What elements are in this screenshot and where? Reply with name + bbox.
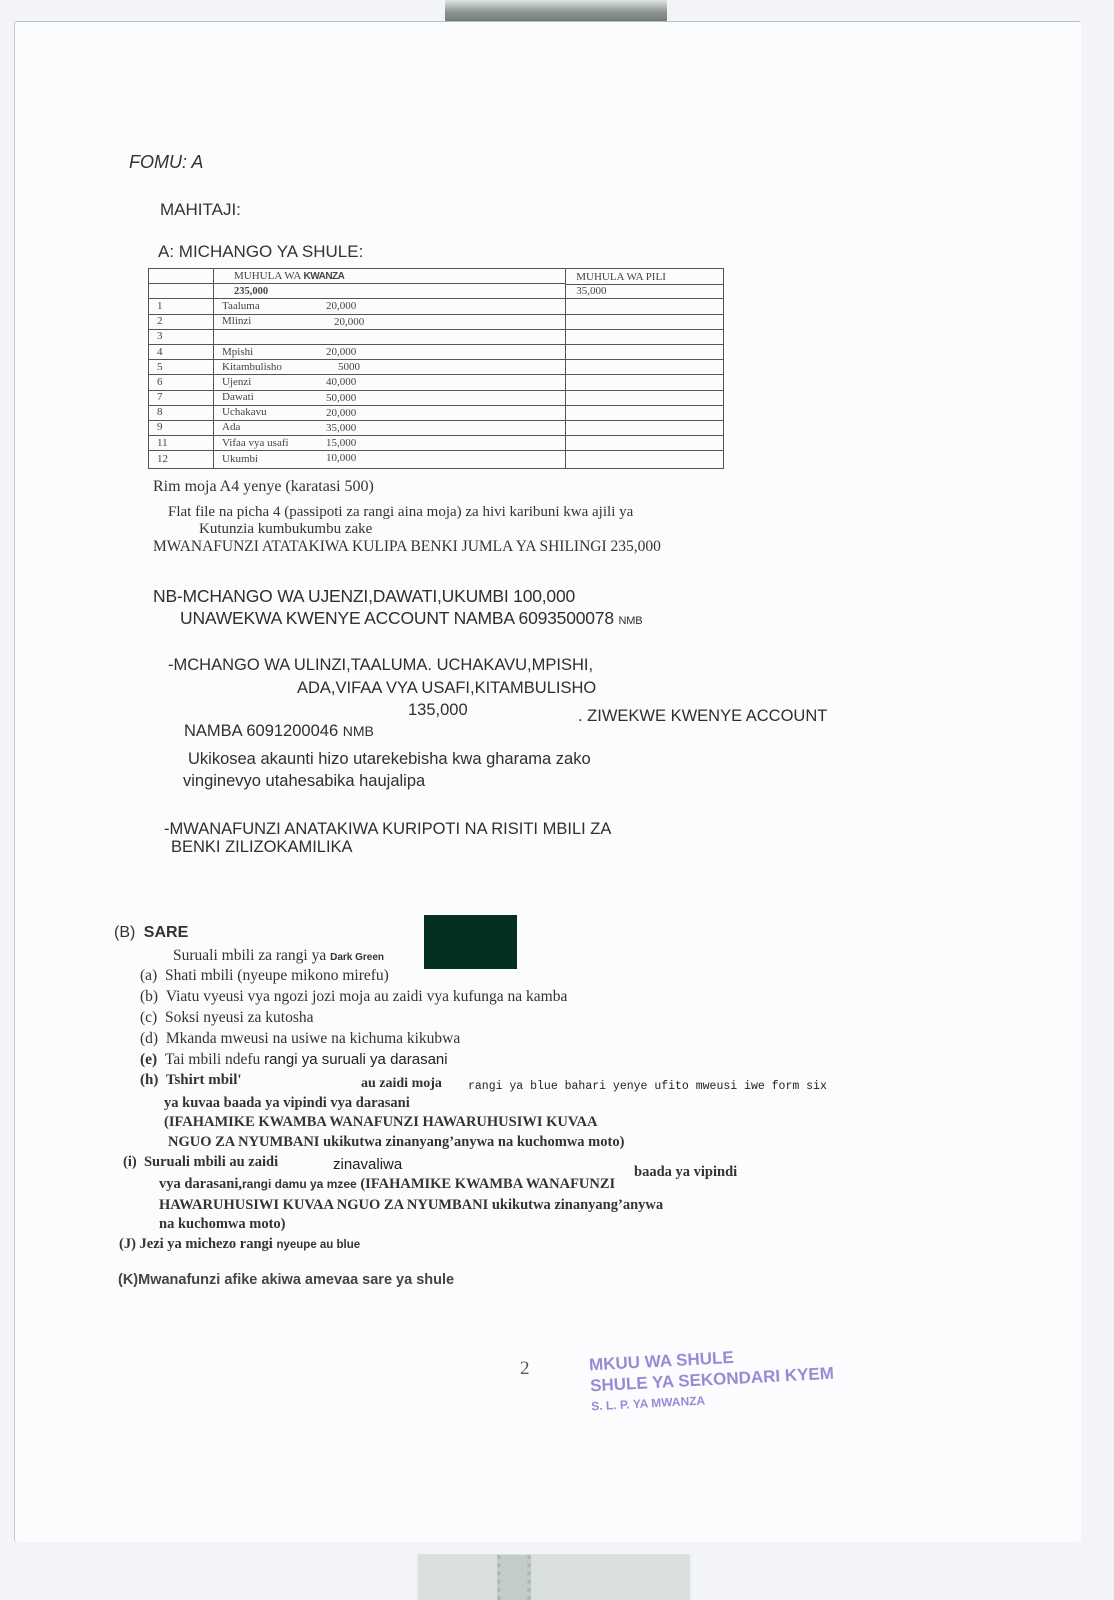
fees-table: MUHULA WA KWANZA MUHULA WA PILI 35,000 2… xyxy=(148,268,724,469)
section-b-label: (B) xyxy=(114,924,135,941)
list-item-k: (K)Mwanafunzi afike akiwa amevaa sare ya… xyxy=(118,1272,454,1288)
item-key: (d) xyxy=(140,1030,158,1047)
item-text: Suruali mbili au zaidi xyxy=(144,1154,278,1170)
total-payment-note: MWANAFUNZI ATATAKIWA KULIPA BENKI JUMLA … xyxy=(153,538,661,556)
row-number: 2 xyxy=(149,314,214,329)
item-text: Tshirt mbil' xyxy=(166,1072,242,1088)
row-number: 3 xyxy=(149,329,214,344)
bank-name-2: NMB xyxy=(343,723,374,739)
account-number-2: NAMBA 6091200046 xyxy=(184,722,338,740)
account-warning-2: vinginevyo utahesabika haujalipa xyxy=(183,772,425,791)
table-row: 6Ujenzi40,000 xyxy=(149,375,724,390)
row-number: 8 xyxy=(149,405,214,420)
fee-amount: 50,000 xyxy=(326,392,356,405)
term2-total: 35,000 xyxy=(574,285,723,298)
fee-amount: 20,000 xyxy=(326,300,356,313)
item-text: vya darasani, xyxy=(159,1176,242,1192)
section-a-heading: A: MICHANGO YA SHULE: xyxy=(158,242,363,262)
table-row: 2Mlinzi20,000 xyxy=(149,314,724,329)
dark-green-swatch xyxy=(424,915,517,969)
tshirt-line-4: NGUO ZA NYUMBANI ukikutwa zinanyang’anyw… xyxy=(168,1134,624,1151)
item-text: (IFAHAMIKE KWAMBA WANAFUNZI xyxy=(357,1176,615,1192)
fee-item: Uchakavu xyxy=(222,406,267,418)
item-key: (e) xyxy=(140,1051,157,1068)
fee-item: Dawati xyxy=(222,391,254,403)
table-row: 1Taaluma20,000 xyxy=(149,299,724,314)
item-text: (J) Jezi ya michezo rangi xyxy=(119,1236,276,1252)
nb-account-line-2: NAMBA 6091200046 NMB xyxy=(184,722,374,741)
list-item-i: (i) Suruali mbili au zaidi xyxy=(123,1154,278,1171)
table-row: 12Ukumbi10,000 xyxy=(149,451,724,469)
fee-amount: 40,000 xyxy=(326,376,356,389)
trousers-line-3: HAWARUHUSIWI KUVAA NGUO ZA NYUMBANI ukik… xyxy=(159,1197,663,1214)
jersey-color: nyeupe au blue xyxy=(276,1239,360,1251)
list-item-e: (e) Tai mbili ndefu rangi ya suruali ya … xyxy=(140,1051,448,1069)
fee-item: Mlinzi xyxy=(222,315,251,327)
table-row: 11Vifaa vya usafi15,000 xyxy=(149,436,724,451)
term2-header: MUHULA WA PILI xyxy=(566,271,723,285)
trousers-worn: zinavaliwa xyxy=(333,1156,402,1173)
form-label: FOMU: A xyxy=(129,152,203,173)
tshirt-line-2: ya kuvaa baada ya vipindi vya darasani xyxy=(164,1095,410,1112)
trousers-line-4: na kuchomwa moto) xyxy=(159,1216,285,1233)
flat-file-note: Flat file na picha 4 (passipoti za rangi… xyxy=(168,504,633,521)
fee-amount: 20,000 xyxy=(334,316,364,329)
fee-amount: 10,000 xyxy=(326,452,356,465)
table-header-row: MUHULA WA KWANZA MUHULA WA PILI 35,000 xyxy=(149,269,724,284)
table-row: 7Dawati50,000 xyxy=(149,390,724,405)
fee-amount: 20,000 xyxy=(326,407,356,420)
table-row: 4Mpishi20,000 xyxy=(149,344,724,359)
account-number-1: UNAWEKWA KWENYE ACCOUNT NAMBA 6093500078 xyxy=(180,608,614,628)
row-number: 11 xyxy=(149,436,214,451)
row-number: 12 xyxy=(149,451,214,469)
fee-item: Kitambulisho xyxy=(222,361,282,373)
list-item-j: (J) Jezi ya michezo rangi nyeupe au blue xyxy=(119,1236,360,1253)
account-warning-1: Ukikosea akaunti hizo utarekebisha kwa g… xyxy=(188,750,591,769)
bank-name-1: NMB xyxy=(619,615,643,627)
item-text: Tai mbili ndefu xyxy=(165,1051,264,1068)
fee-item: Vifaa vya usafi xyxy=(222,437,289,449)
receipts-note-1: -MWANAFUNZI ANATAKIWA KURIPOTI NA RISITI… xyxy=(164,820,611,839)
fee-amount: 15,000 xyxy=(326,437,356,450)
fee-amount: 20,000 xyxy=(326,346,356,359)
school-stamp: MKUU WA SHULE SHULE YA SEKONDARI KYEM S.… xyxy=(589,1342,836,1418)
item-key: (b) xyxy=(140,988,158,1005)
row-number: 9 xyxy=(149,420,214,435)
nb-contribution-line: -MCHANGO WA ULINZI,TAALUMA. UCHAKAVU,MPI… xyxy=(168,656,593,675)
nb-construction-line: NB-MCHANGO WA UJENZI,DAWATI,UKUMBI 100,0… xyxy=(153,586,575,607)
table-row: 5Kitambulisho5000 xyxy=(149,360,724,375)
item-text: Viatu vyeusi vya ngozi jozi moja au zaid… xyxy=(166,988,568,1005)
tshirt-qty: au zaidi moja xyxy=(361,1076,442,1092)
ream-paper-note: Rim moja A4 yenye (karatasi 500) xyxy=(153,478,374,496)
item-key: (a) xyxy=(140,967,157,984)
fee-item: Mpishi xyxy=(222,346,253,358)
item-key: (c) xyxy=(140,1009,157,1026)
trousers-color-2: rangi damu ya mzee xyxy=(242,1177,357,1191)
fee-item: Ukumbi xyxy=(222,453,258,465)
after-classes: baada ya vipindi xyxy=(634,1164,737,1181)
fee-item: Ada xyxy=(222,421,240,433)
item-key: (h) xyxy=(140,1072,158,1088)
trousers-color: Dark Green xyxy=(330,952,384,963)
nb-account-line: UNAWEKWA KWENYE ACCOUNT NAMBA 6093500078… xyxy=(180,608,642,629)
trousers-line: Suruali mbili za rangi ya Dark Green xyxy=(173,947,384,965)
requirements-heading: MAHITAJI: xyxy=(160,200,241,220)
section-b-title: SARE xyxy=(144,924,188,941)
list-item: (d) Mkanda mweusi na usiwe na kichuma ki… xyxy=(140,1030,460,1048)
fee-amount: 35,000 xyxy=(326,422,356,435)
tshirt-line-3: (IFAHAMIKE KWAMBA WANAFUNZI HAWARUHUSIWI… xyxy=(164,1114,597,1131)
trousers-text: Suruali mbili za rangi ya xyxy=(173,947,326,964)
table-row: 8Uchakavu20,000 xyxy=(149,405,724,420)
tie-color: rangi ya suruali ya darasani xyxy=(264,1051,447,1068)
film-strip-icon xyxy=(497,1555,531,1600)
fee-amount: 5000 xyxy=(338,361,360,374)
nb-contribution-account: . ZIWEKWE KWENYE ACCOUNT xyxy=(578,707,827,726)
tshirt-color: rangi ya blue bahari yenye ufito mweusi … xyxy=(468,1080,827,1093)
row-number: 1 xyxy=(149,299,214,314)
row-number: 7 xyxy=(149,390,214,405)
term1-header-word: KWANZA xyxy=(304,271,345,282)
list-item: (b) Viatu vyeusi vya ngozi jozi moja au … xyxy=(140,988,567,1006)
term1-total: 235,000 xyxy=(234,286,268,297)
page-number: 2 xyxy=(520,1358,530,1380)
row-number: 5 xyxy=(149,360,214,375)
table-row: 3 xyxy=(149,329,724,344)
item-text: Soksi nyeusi za kutosha xyxy=(165,1009,314,1026)
row-number: 6 xyxy=(149,375,214,390)
list-item-h: (h) Tshirt mbil' xyxy=(140,1072,242,1089)
item-text: Mkanda mweusi na usiwe na kichuma kikubw… xyxy=(166,1030,460,1047)
list-item: (c) Soksi nyeusi za kutosha xyxy=(140,1009,313,1027)
trousers-line-2: vya darasani,rangi damu ya mzee (IFAHAMI… xyxy=(159,1176,615,1193)
list-item: (a) Shati mbili (nyeupe mikono mirefu) xyxy=(140,967,389,985)
row-number: 4 xyxy=(149,344,214,359)
term1-header: MUHULA WA xyxy=(234,270,303,282)
item-key: (i) xyxy=(123,1154,137,1170)
section-b-heading: (B) SARE xyxy=(114,924,188,942)
scanner-top-edge xyxy=(445,0,667,22)
receipts-note-2: BENKI ZILIZOKAMILIKA xyxy=(171,838,353,857)
item-text: Shati mbili (nyeupe mikono mirefu) xyxy=(165,967,389,984)
nb-contribution-amount: 135,000 xyxy=(408,701,468,720)
scanner-bottom-edge xyxy=(416,1554,692,1600)
flat-file-note-cont: Kutunzia kumbukumbu zake xyxy=(199,521,372,538)
fee-item: Taaluma xyxy=(222,300,260,312)
table-row: 9Ada35,000 xyxy=(149,420,724,435)
nb-contribution-items: ADA,VIFAA VYA USAFI,KITAMBULISHO xyxy=(297,679,596,698)
fee-item: Ujenzi xyxy=(222,376,251,388)
